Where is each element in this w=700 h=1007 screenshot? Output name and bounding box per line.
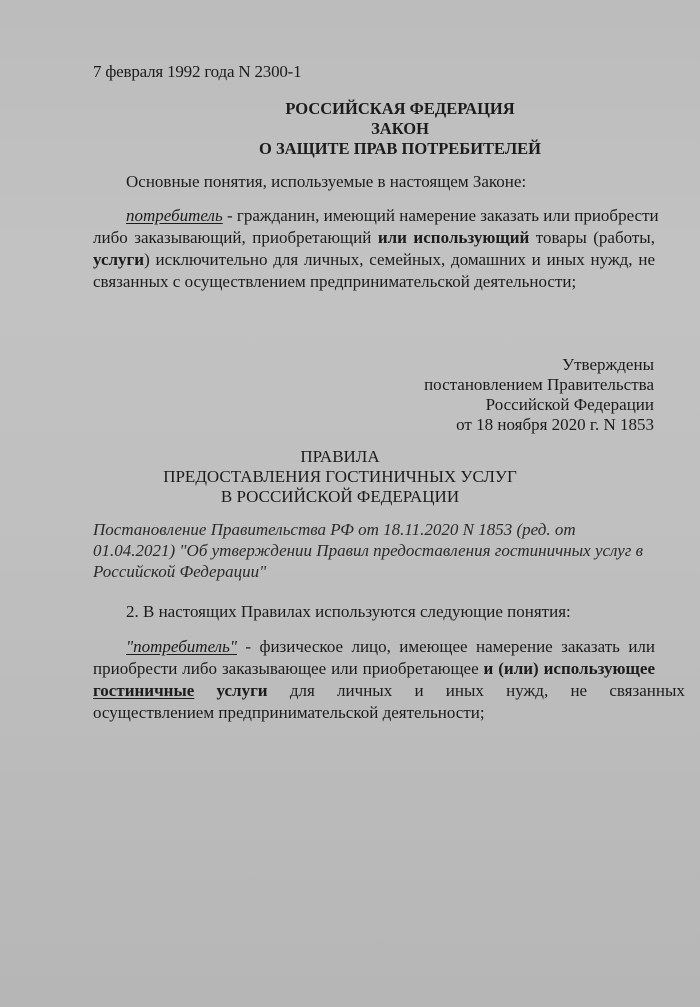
emphasis-underlined: гостиничные <box>93 681 194 700</box>
rules-consumer-definition: "потребитель" - физическое лицо, имеющее… <box>93 636 655 724</box>
law-date: 7 февраля 1992 года N 2300-1 <box>93 62 301 82</box>
definition-line: потребитель - гражданин, имеющий намерен… <box>93 205 655 227</box>
definition-line: услуги) исключительно для личных, семейн… <box>93 249 655 271</box>
definition-line: "потребитель" - физическое лицо, имеющее… <box>93 636 655 658</box>
definition-line: либо заказывающий, приобретающий или исп… <box>93 227 655 249</box>
definition-line: осуществлением предпринимательской деяте… <box>93 702 655 724</box>
rules-title: ПРАВИЛА ПРЕДОСТАВЛЕНИЯ ГОСТИНИЧНЫХ УСЛУГ… <box>100 447 580 507</box>
emphasis: или использующий <box>378 228 529 247</box>
definition-line: приобрести либо заказывающее или приобре… <box>93 658 655 680</box>
document-page: 7 февраля 1992 года N 2300-1 РОССИЙСКАЯ … <box>0 0 700 1007</box>
emphasis: и (или) использующее <box>484 659 655 678</box>
approval-block: Утверждены постановлением Правительства … <box>424 355 654 435</box>
term-consumer: потребитель <box>126 206 223 225</box>
law-consumer-definition: потребитель - гражданин, имеющий намерен… <box>93 205 655 293</box>
term-consumer: "потребитель" <box>126 637 237 656</box>
definition-line: связанных с осуществлением предпринимате… <box>93 271 655 293</box>
law-title-name: О ЗАЩИТЕ ПРАВ ПОТРЕБИТЕЛЕЙ <box>100 139 700 159</box>
law-title: РОССИЙСКАЯ ФЕДЕРАЦИЯ ЗАКОН О ЗАЩИТЕ ПРАВ… <box>100 99 700 159</box>
definition-line: гостиничные услуги для личных и иных нуж… <box>93 680 655 702</box>
decree-reference: Постановление Правительства РФ от 18.11.… <box>93 519 653 582</box>
law-title-country: РОССИЙСКАЯ ФЕДЕРАЦИЯ <box>100 99 700 119</box>
emphasis: услуги <box>93 250 144 269</box>
emphasis: услуги <box>217 681 268 700</box>
rules-intro: 2. В настоящих Правилах используются сле… <box>126 602 571 622</box>
law-intro: Основные понятия, используемые в настоящ… <box>126 172 526 192</box>
law-title-type: ЗАКОН <box>100 119 700 139</box>
